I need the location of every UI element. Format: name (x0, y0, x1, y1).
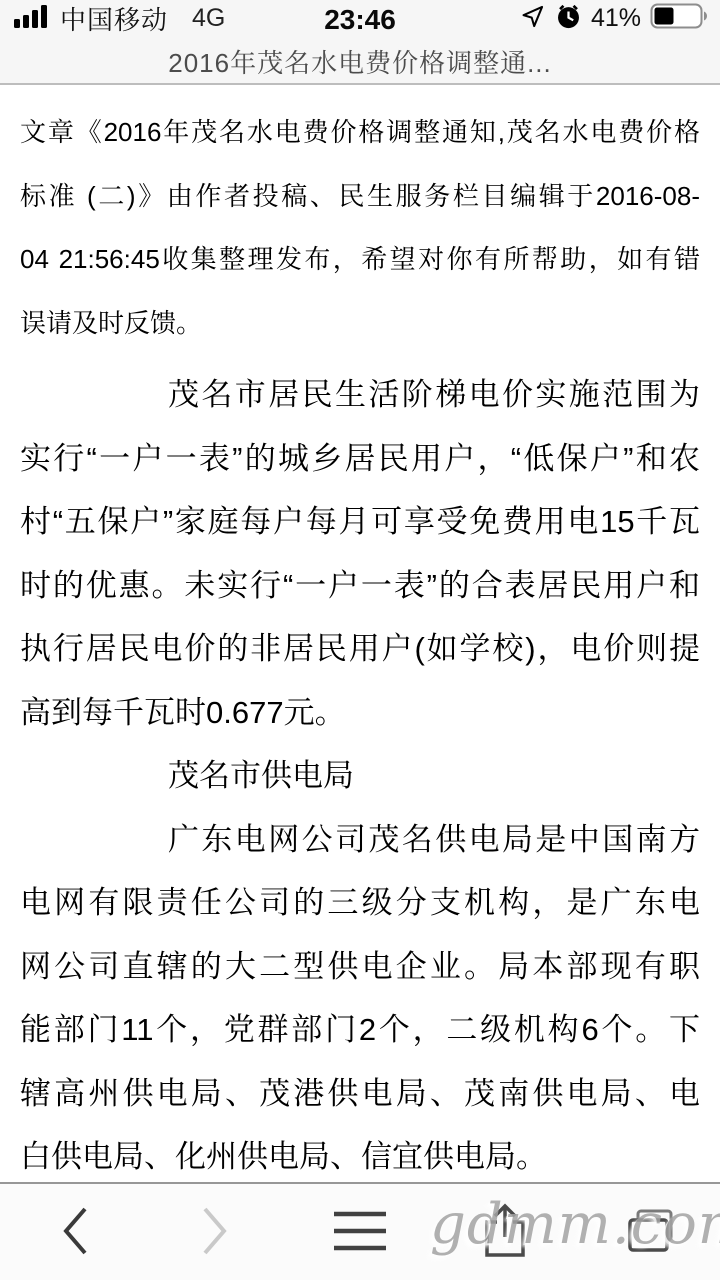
text-line: 文章《2016年茂名水电费价格调整通知,茂名水电费价格 (20, 101, 700, 165)
text-line: 村“五保户”家庭每户每月可享受免费用电15千瓦 (20, 490, 700, 554)
browser-toolbar (0, 1182, 720, 1280)
battery-percent-label: 41% (591, 4, 641, 33)
forward-chevron-icon (201, 1206, 229, 1261)
forward-button[interactable] (170, 1184, 260, 1280)
article-content: 文章《2016年茂名水电费价格调整通知,茂名水电费价格 标准 (二)》由作者投稿… (0, 87, 720, 1280)
text-line: 标准 (二)》由作者投稿、民生服务栏目编辑于2016-08- (20, 165, 700, 229)
paragraph-bureau-title: 茂名市供电局 (20, 744, 700, 808)
text-line: 04 21:56:45收集整理发布，希望对你有所帮助，如有错 (20, 228, 700, 292)
browser-header: 中国移动 4G 23:46 41% (0, 0, 720, 85)
text-line: 能部门11个，党群部门2个，二级机构6个。下 (20, 998, 700, 1062)
status-right-cluster: 41% (519, 0, 710, 37)
text-line: 辖高州供电局、茂港供电局、茂南供电局、电 (20, 1062, 700, 1126)
battery-icon (650, 3, 710, 34)
tabs-button[interactable] (606, 1184, 696, 1280)
page-title[interactable]: 2016年茂名水电费价格调整通... (168, 43, 552, 80)
text-line: 茂名市居民生活阶梯电价实施范围为 (20, 363, 700, 427)
paragraph-tiered-pricing: 茂名市居民生活阶梯电价实施范围为 实行“一户一表”的城乡居民用户，“低保户”和农… (20, 363, 700, 744)
text-line: 网公司直辖的大二型供电企业。局本部现有职 (20, 935, 700, 999)
share-button[interactable] (460, 1184, 550, 1280)
alarm-clock-icon (555, 3, 582, 35)
text-line: 实行“一户一表”的城乡居民用户，“低保户”和农 (20, 427, 700, 491)
paragraph-bureau-intro: 广东电网公司茂名供电局是中国南方 电网有限责任公司的三级分支机构，是广东电 网公… (20, 808, 700, 1189)
title-bar[interactable]: 2016年茂名水电费价格调整通... (0, 37, 720, 85)
paragraph-notice: 文章《2016年茂名水电费价格调整通知,茂名水电费价格 标准 (二)》由作者投稿… (20, 101, 700, 355)
back-button[interactable] (30, 1184, 120, 1280)
hamburger-menu-icon (332, 1210, 388, 1257)
text-line: 白供电局、化州供电局、信宜供电局。 (20, 1125, 700, 1189)
text-line: 电网有限责任公司的三级分支机构，是广东电 (20, 871, 700, 935)
text-line: 误请及时反馈。 (20, 292, 700, 356)
menu-button[interactable] (315, 1184, 405, 1280)
text-line: 广东电网公司茂名供电局是中国南方 (20, 808, 700, 872)
share-icon (481, 1203, 529, 1264)
text-line: 执行居民电价的非居民用户(如学校)，电价则提 (20, 617, 700, 681)
phone-screen: 中国移动 4G 23:46 41% (0, 0, 720, 1280)
text-line: 茂名市供电局 (20, 744, 700, 808)
back-chevron-icon (61, 1206, 89, 1261)
tabs-icon (627, 1209, 675, 1258)
text-line: 时的优惠。未实行“一户一表”的合表居民用户和 (20, 554, 700, 618)
text-line: 高到每千瓦时0.677元。 (20, 681, 700, 745)
status-bar: 中国移动 4G 23:46 41% (0, 0, 720, 37)
location-arrow-icon (519, 3, 546, 35)
